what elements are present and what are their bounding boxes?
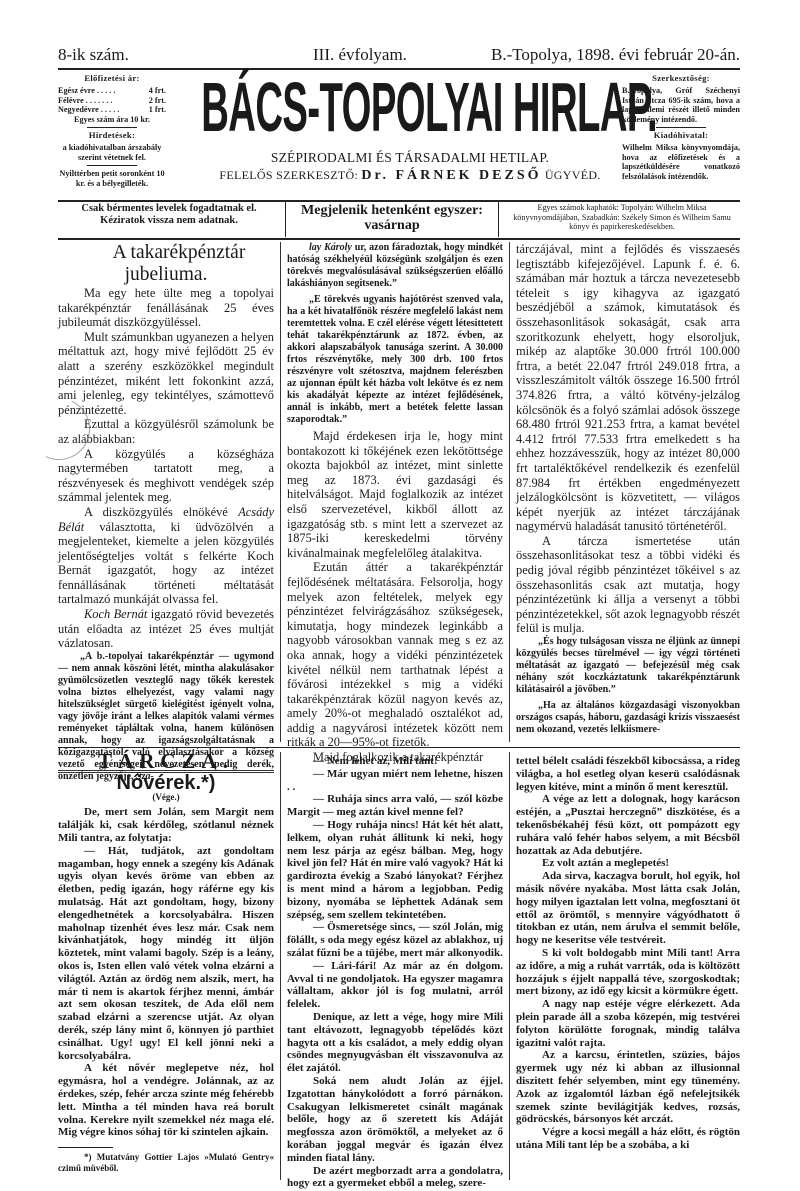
editorial-text: B.-Topolya, Gróf Széchenyi István utcza … bbox=[622, 86, 740, 124]
column-divider bbox=[280, 752, 281, 1180]
issue-number: 8-ik szám. bbox=[58, 45, 129, 65]
paragraph: Ezután áttér a takarékpénztár fejlődésén… bbox=[287, 560, 503, 750]
divider bbox=[87, 165, 137, 166]
paragraph: tárczájával, mint a fejlődés és visszaes… bbox=[516, 242, 740, 534]
newspaper-title: BÁCS-TOPOLYAI HIRLAP. bbox=[201, 72, 619, 141]
price-row: Egész évre . . . . .4 frt. bbox=[58, 86, 166, 95]
article-title: A takarékpénztár jubeliuma. bbox=[58, 242, 274, 286]
paragraph: Koch Bernát igazgató rövid bevezetés utá… bbox=[58, 607, 274, 651]
paragraph: Ez volt aztán a meglepetés! bbox=[516, 857, 740, 870]
paragraph: — Hogy ruhája nincs! Hát két hét alatt, … bbox=[287, 819, 503, 921]
letters-notice: Csak bérmentes levelek fogadtatnak el. K… bbox=[58, 203, 280, 227]
article-column-3: tárczájával, mint a fejlődés és visszaes… bbox=[516, 242, 740, 736]
paragraph: Mult számunkban ugyanezen a helyen mélta… bbox=[58, 330, 274, 418]
masthead: BÁCS-TOPOLYAI HIRLAP. SZÉPIRODALMI ÉS TÁ… bbox=[200, 72, 620, 138]
quote-block: lay Károly ur, azon fáradoztak, hogy min… bbox=[287, 242, 503, 426]
story-title: Nővérek.*) bbox=[58, 777, 274, 790]
editor-name: Dr. FÁRNEK DEZSŐ bbox=[361, 168, 541, 183]
paragraph: De azért megborzadt arra a gondolatra, h… bbox=[287, 1165, 503, 1191]
feuilleton-column-1: TÁRCZA. Nővérek.*) (Vége.) De, mert sem … bbox=[58, 755, 274, 1174]
office-heading: Kiadóhivatal: bbox=[622, 131, 740, 140]
section-heading: TÁRCZA. bbox=[58, 755, 274, 768]
volume: III. évfolyam. bbox=[313, 45, 407, 65]
office-text: Wilhelm Miksa könyvnyomdája, hova az elő… bbox=[622, 143, 740, 181]
copies-notice: Egyes számok kaphatók: Topolyán: Wilhelm… bbox=[504, 203, 740, 232]
paragraph: — Nem lehet az, Mili tant! bbox=[287, 755, 503, 768]
feuilleton-column-3: tettel bélelt családi fészekből kibocsás… bbox=[516, 755, 740, 1152]
column-divider bbox=[509, 242, 510, 742]
article-column-1: A takarékpénztár jubeliuma. Ma egy hete … bbox=[58, 242, 274, 783]
price-row: Félévre . . . . . . .2 frt. bbox=[58, 96, 166, 105]
paragraph: De, mert sem Jolán, sem Margit nem talál… bbox=[58, 806, 274, 844]
paragraph: Soká nem aludt Jolán az éjjel. Izgatotta… bbox=[287, 1075, 503, 1165]
paragraph: Ada sirva, kaczagva borult, hol egyik, h… bbox=[516, 870, 740, 947]
editor-line: FELELŐS SZERKESZTŐ: Dr. FÁRNEK DEZSŐ ÜGY… bbox=[200, 168, 620, 184]
column-divider bbox=[509, 752, 510, 1180]
person-name: lay Károly bbox=[309, 242, 352, 253]
appears-notice: Megjelenik hetenként egyszer: vasárnap bbox=[285, 202, 499, 237]
column-divider bbox=[280, 242, 281, 742]
subscription-box: Előfizetési ár: Egész évre . . . . .4 fr… bbox=[58, 72, 166, 188]
paragraph: A vége az lett a dolognak, hogy karácson… bbox=[516, 793, 740, 857]
article-column-2: lay Károly ur, azon fáradoztak, hogy min… bbox=[287, 242, 503, 765]
quote-block: „És hogy tulságosan vissza ne éljünk az … bbox=[516, 636, 740, 736]
paragraph: S ki volt boldogabb mint Mili tant! Arra… bbox=[516, 947, 740, 998]
footnote: *) Mutatvány Gottier Lajos »Mulató Gentr… bbox=[58, 1152, 274, 1174]
paragraph: Denique, az lett a vége, hogy mire Mili … bbox=[287, 1011, 503, 1075]
newspaper-subtitle: SZÉPIRODALMI ÉS TÁRSADALMI HETILAP. bbox=[200, 150, 620, 166]
editorial-heading: Szerkesztőség: bbox=[622, 74, 740, 83]
paragraph: tettel bélelt családi fészekből kibocsás… bbox=[516, 755, 740, 793]
paragraph: A tárcza ismertetése után összehasonlitá… bbox=[516, 534, 740, 636]
divider bbox=[656, 127, 706, 128]
subscription-heading: Előfizetési ár: bbox=[58, 74, 166, 83]
paragraph: A közgyülés a községháza nagytermében ta… bbox=[58, 447, 274, 505]
ads-heading: Hirdetések: bbox=[58, 131, 166, 140]
single-price: Egyes szám ára 10 kr. bbox=[58, 115, 166, 124]
paragraph: Az a karcsu, érintetlen, szüzies, bájos … bbox=[516, 1049, 740, 1126]
paragraph: — Hát, tudjátok, azt gondoltam magamban,… bbox=[58, 845, 274, 1063]
paragraph: Ma egy hete ülte meg a topolyai takarékp… bbox=[58, 286, 274, 330]
open-space-text: Nyilttérben petit soronként 10 kr. és a … bbox=[58, 169, 166, 188]
editorial-box: Szerkesztőség: B.-Topolya, Gróf Szécheny… bbox=[622, 72, 740, 181]
paragraph: A két nővér meglepetve néz, hol egymásra… bbox=[58, 1062, 274, 1139]
divider bbox=[87, 127, 137, 128]
feuilleton-column-2: — Nem lehet az, Mili tant! — Már ugyan m… bbox=[287, 755, 503, 1190]
paragraph: Ezuttal a közgyülésről számolunk be az a… bbox=[58, 417, 274, 446]
paragraph: — Ruhája sincs arra való, — szól közbe M… bbox=[287, 793, 503, 819]
paragraph: Majd érdekesen irja le, hogy mint bontak… bbox=[287, 429, 503, 560]
place-date: B.-Topolya, 1898. évi február 20-án. bbox=[491, 45, 740, 65]
footnote-rule bbox=[58, 1147, 113, 1148]
story-subtitle: (Vége.) bbox=[58, 791, 274, 804]
ads-text: a kiadóhivatalban árszabály szerint véte… bbox=[58, 143, 166, 162]
info-strip: Csak bérmentes levelek fogadtatnak el. K… bbox=[58, 200, 740, 240]
paragraph: Végre a kocsi megáll a ház előtt, és rög… bbox=[516, 1126, 740, 1152]
price-row: Negyedévre . . . . .1 frt. bbox=[58, 105, 166, 114]
paragraph: A nagy nap estéje végre elérkezett. Ada … bbox=[516, 998, 740, 1049]
editor-suffix: ÜGYVÉD. bbox=[545, 168, 601, 182]
paragraph: — Már ugyan miért nem lehetne, hiszen . … bbox=[287, 768, 503, 794]
paragraph: — Lári-fári! Az már az én dolgom. Avval … bbox=[287, 960, 503, 1011]
paragraph: — Ösmeretsége sincs, — szól Jolán, mig f… bbox=[287, 921, 503, 959]
issue-header: 8-ik szám. III. évfolyam. B.-Topolya, 18… bbox=[58, 45, 740, 67]
editor-prefix: FELELŐS SZERKESZTŐ: bbox=[219, 168, 358, 182]
paragraph: A diszközgyülés elnökévé Acsády Bélát vá… bbox=[58, 505, 274, 607]
person-name: Koch Bernát bbox=[84, 607, 147, 621]
